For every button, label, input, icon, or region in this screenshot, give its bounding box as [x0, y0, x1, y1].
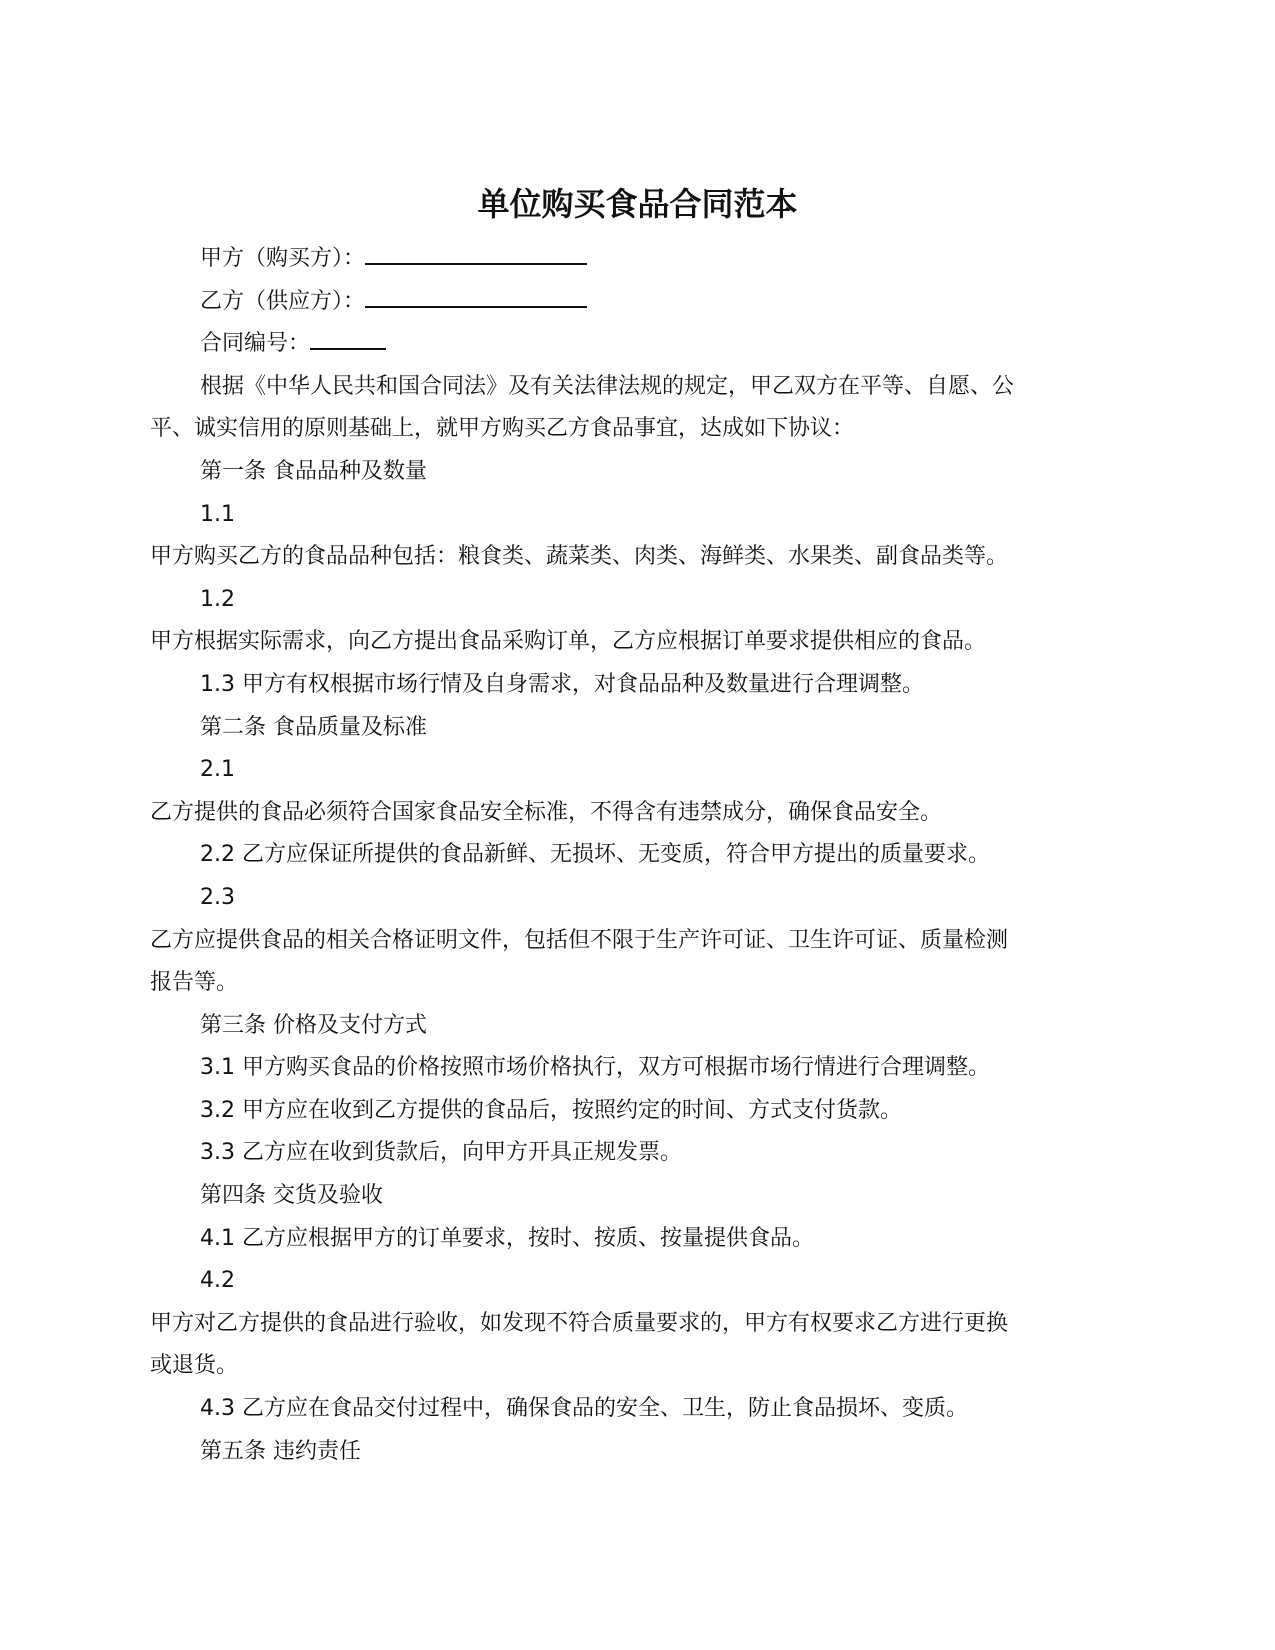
clause-4-1-text: 乙方应根据甲方的订单要求，按时、按质、按量提供食品。	[242, 1226, 814, 1251]
clause-1-2-number: 1.2	[150, 579, 1125, 622]
party-b-field: 乙方（供应方）：	[150, 281, 1125, 324]
clause-2-3-text: 乙方应提供食品的相关合格证明文件，包括但不限于生产许可证、卫生许可证、质量检测	[150, 920, 1125, 963]
article-3-heading: 第三条 价格及支付方式	[150, 1005, 1125, 1048]
clause-3-2-text: 甲方应在收到乙方提供的食品后，按照约定的时间、方式支付货款。	[242, 1098, 902, 1123]
document-title: 单位购买食品合同范本	[150, 180, 1125, 230]
clause-1-1-text: 甲方购买乙方的食品品种包括：粮食类、蔬菜类、肉类、海鲜类、水果类、副食品类等。	[150, 536, 1125, 579]
article-4-heading: 第四条 交货及验收	[150, 1175, 1125, 1218]
article-5-heading: 第五条 违约责任	[150, 1431, 1125, 1474]
preamble-line-2: 平、诚实信用的原则基础上，就甲方购买乙方食品事宜，达成如下协议：	[150, 408, 1125, 451]
clause-2-3-number: 2.3	[150, 877, 1125, 920]
clause-2-2: 2.2 乙方应保证所提供的食品新鲜、无损坏、无变质，符合甲方提出的质量要求。	[150, 834, 1125, 877]
clause-2-2-text: 乙方应保证所提供的食品新鲜、无损坏、无变质，符合甲方提出的质量要求。	[242, 842, 990, 867]
clause-1-3-number: 1.3	[200, 672, 235, 697]
clause-3-1-number: 3.1	[200, 1055, 235, 1080]
article-1-heading: 第一条 食品品种及数量	[150, 451, 1125, 494]
party-b-blank	[365, 286, 587, 308]
party-a-label: 甲方（购买方）：	[200, 246, 365, 271]
clause-1-3-text: 甲方有权根据市场行情及自身需求，对食品品种及数量进行合理调整。	[242, 672, 924, 697]
clause-3-1: 3.1 甲方购买食品的价格按照市场价格执行，双方可根据市场行情进行合理调整。	[150, 1047, 1125, 1090]
clause-4-2-text: 甲方对乙方提供的食品进行验收，如发现不符合质量要求的，甲方有权要求乙方进行更换	[150, 1303, 1125, 1346]
clause-3-3: 3.3 乙方应在收到货款后，向甲方开具正规发票。	[150, 1132, 1125, 1175]
contract-number-label: 合同编号：	[200, 331, 310, 356]
clause-1-2-text: 甲方根据实际需求，向乙方提出食品采购订单，乙方应根据订单要求提供相应的食品。	[150, 621, 1125, 664]
clause-3-3-number: 3.3	[200, 1140, 235, 1165]
clause-3-3-text: 乙方应在收到货款后，向甲方开具正规发票。	[242, 1140, 682, 1165]
party-a-blank	[365, 243, 587, 265]
party-b-label: 乙方（供应方）：	[200, 289, 365, 314]
clause-4-1: 4.1 乙方应根据甲方的订单要求，按时、按质、按量提供食品。	[150, 1218, 1125, 1261]
clause-4-1-number: 4.1	[200, 1226, 235, 1251]
contract-number-field: 合同编号：	[150, 323, 1125, 366]
article-2-heading: 第二条 食品质量及标准	[150, 707, 1125, 750]
clause-4-3-text: 乙方应在食品交付过程中，确保食品的安全、卫生，防止食品损坏、变质。	[242, 1396, 968, 1421]
clause-3-2-number: 3.2	[200, 1098, 235, 1123]
document-page: 单位购买食品合同范本 甲方（购买方）： 乙方（供应方）： 合同编号： 根据《中华…	[150, 180, 1125, 1473]
contract-number-blank	[310, 328, 386, 350]
clause-1-3: 1.3 甲方有权根据市场行情及自身需求，对食品品种及数量进行合理调整。	[150, 664, 1125, 707]
clause-4-2-number: 4.2	[150, 1260, 1125, 1303]
clause-4-2-text-continued: 或退货。	[150, 1345, 1125, 1388]
clause-3-1-text: 甲方购买食品的价格按照市场价格执行，双方可根据市场行情进行合理调整。	[242, 1055, 990, 1080]
clause-4-3: 4.3 乙方应在食品交付过程中，确保食品的安全、卫生，防止食品损坏、变质。	[150, 1388, 1125, 1431]
clause-1-1-number: 1.1	[150, 494, 1125, 537]
party-a-field: 甲方（购买方）：	[150, 238, 1125, 281]
clause-4-3-number: 4.3	[200, 1396, 235, 1421]
clause-3-2: 3.2 甲方应在收到乙方提供的食品后，按照约定的时间、方式支付货款。	[150, 1090, 1125, 1133]
clause-2-1-number: 2.1	[150, 749, 1125, 792]
preamble-line-1: 根据《中华人民共和国合同法》及有关法律法规的规定，甲乙双方在平等、自愿、公	[150, 366, 1125, 409]
clause-2-1-text: 乙方提供的食品必须符合国家食品安全标准，不得含有违禁成分，确保食品安全。	[150, 792, 1125, 835]
clause-2-3-text-continued: 报告等。	[150, 962, 1125, 1005]
clause-2-2-number: 2.2	[200, 842, 235, 867]
